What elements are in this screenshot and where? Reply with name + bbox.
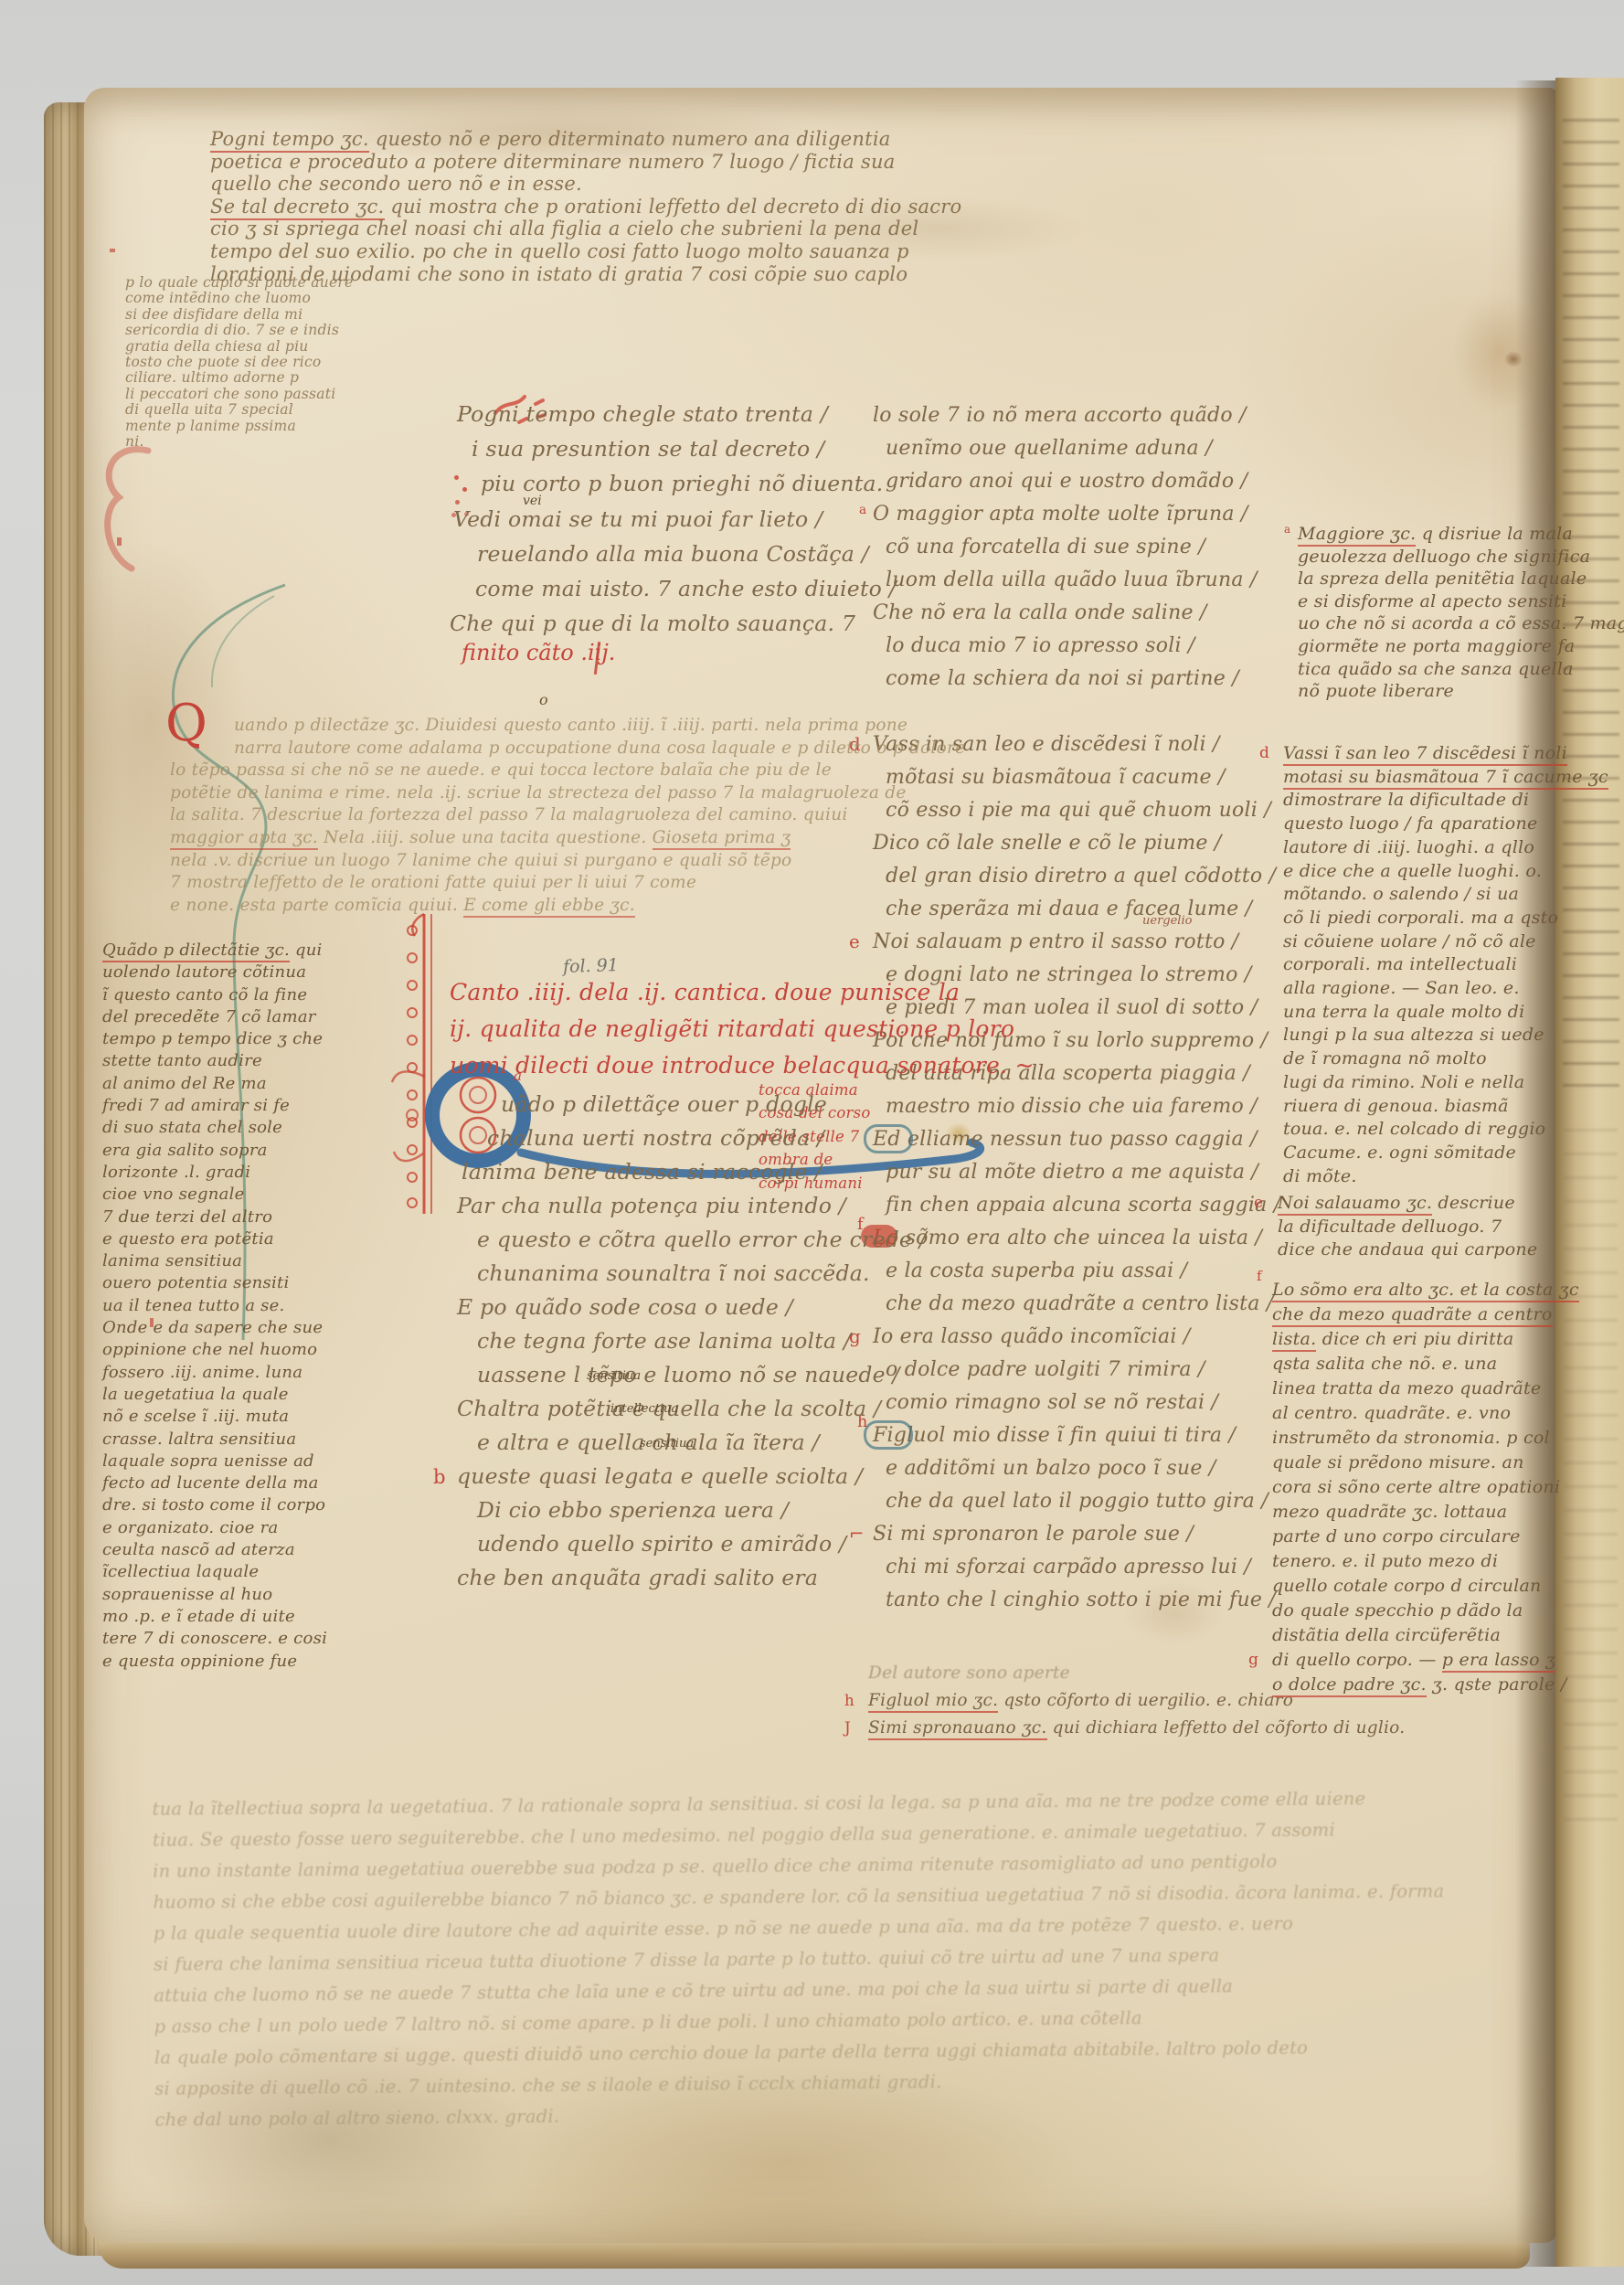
manuscript-text-line: Io era lasso quãdo incomĩciai /g (873, 1321, 1280, 1354)
manuscript-text-line: quale si prẽdono misure. an (1272, 1451, 1579, 1475)
manuscript-text-line: mente p lanime pssima (125, 419, 353, 434)
manuscript-text-line: e additõmi un balzo poco ĩ sue / (886, 1452, 1280, 1485)
manuscript-text-line: che tegna forte ase lanima uolta / (477, 1324, 927, 1358)
manuscript-text-line: di quella uita 7 special (125, 402, 353, 418)
manuscript-text-line: Che nõ era la calla onde saline / (873, 597, 1280, 630)
manuscript-text-line: udendo quello spirito e amirãdo / (477, 1527, 927, 1561)
manuscript-text-line: ij. qualita de negligẽti ritardati quest… (450, 1011, 1035, 1047)
manuscript-text-line: stette tanto audire (102, 1050, 327, 1072)
manuscript-text-line: ceulta nascõ ad aterza (102, 1539, 327, 1561)
manuscript-text-line: lautore di .iiij. luoghi. a qllo (1283, 836, 1608, 860)
manuscript-text-line: narra lautore come adalama p occupatione… (234, 738, 828, 760)
manuscript-text-line: si dee disfidare della mi (125, 307, 353, 323)
poem-column-1-canto4-start: uãdo p dilettãçe ouer p doglechaluna uer… (457, 1088, 927, 1595)
manuscript-text-line: Vedi omai se tu mi puoi far lieto / (453, 502, 897, 537)
manuscript-text-line: dice che andaua qui carpone (1278, 1238, 1537, 1262)
manuscript-text-line: gridaro anoi qui e uostro domãdo / (886, 465, 1280, 498)
manuscript-text-line: Noi salauam p entro il sasso rotto /e (873, 926, 1280, 959)
manuscript-text-line: che da mezo quadrãte a centro lista / (886, 1288, 1280, 1321)
rubric-canto-4: Canto .iiij. dela .ij. cantica. doue pun… (450, 974, 1035, 1084)
manuscript-text-line: lorizonte .l. gradi (102, 1162, 327, 1184)
manuscript-text-line: tempo del suo exilio. po che in quello c… (210, 240, 1014, 263)
manuscript-text-line: qsta salita che nõ. e. una (1272, 1352, 1579, 1376)
manuscript-text-line: e questo era potẽtia (102, 1228, 327, 1250)
manuscript-text-line: e dice che a quelle luoghi. o. (1283, 860, 1608, 884)
manuscript-text-line: instrumẽto da stronomia. p col (1272, 1426, 1579, 1451)
paraph-key-mark: J (844, 1715, 851, 1742)
manuscript-text-line: mezo quadrãte ʒc. lottaua (1272, 1500, 1579, 1525)
manuscript-text-line: e la costa superba piu assai / (886, 1255, 1280, 1288)
manuscript-text-line: o dolce padre uolgiti 7 rimira / (886, 1354, 1280, 1387)
manuscript-text-line: reuelando alla mia buona Costãça / (477, 537, 897, 571)
manuscript-text-line: che da quel lato il poggio tutto gira / (886, 1485, 1280, 1518)
right-commentary-maggiore: Maggiore ʒc. q disriue la malaageuolezza… (1298, 523, 1624, 703)
manuscript-text-line: Figluol mio disse ĩ fin quiui ti tira /h (873, 1419, 1280, 1452)
manuscript-text-line: giormẽte ne porta maggiore fa (1298, 635, 1624, 658)
manuscript-text-line: do quale specchio p dãdo la (1272, 1599, 1579, 1623)
manuscript-text-line: ciliare. ultimo adorne p (125, 370, 353, 386)
manuscript-text-line: lugi da rimino. Noli e nella (1283, 1071, 1608, 1095)
manuscript-text-line: e si disforme al apecto sensiti (1298, 590, 1624, 613)
poem-column-1-canto3-end: Pogni tempo chegle stato trenta /i sua p… (457, 397, 897, 641)
red-marginal-flourish (91, 428, 163, 585)
fore-edge-mark (110, 249, 115, 252)
manuscript-text-line: e organizato. cioe ra (102, 1517, 327, 1539)
manuscript-text-line: Di cio ebbo sperienza uera / (477, 1493, 927, 1527)
manuscript-text-line: mõtando. o salendo / si ua (1283, 883, 1608, 907)
manuscript-text-line: Pogni tempo ʒc. questo nõ e pero ditermi… (210, 128, 1014, 151)
manuscript-text-line: distãtia della circüferẽtia (1272, 1623, 1579, 1648)
left-margin-gloss-upper: p lo quale caplo si puote auerecome intẽ… (125, 275, 353, 450)
manuscript-text-line: la dificultade delluogo. 7 (1278, 1216, 1537, 1239)
bottom-commentary-block: tua la ĩtellectiua sopra la uegetatiua. … (152, 1781, 1555, 2135)
manuscript-text-line: toua. e. nel colcado di reggio (1283, 1118, 1608, 1142)
manuscript-text-line: Par cha nulla potença piu intendo / (457, 1189, 927, 1223)
manuscript-text-line: parte d uno corpo circulare (1272, 1525, 1579, 1549)
manuscript-text-line: oppinione che nel huomo (102, 1339, 327, 1361)
manuscript-text-line: O maggior apta molte uolte ĩpruna /a (873, 498, 1280, 531)
manuscript-text-line: tica quãdo sa che sanza quella (1298, 658, 1624, 681)
mid-commentary-block: uando p dilectãze ʒc. Diuidesi questo ca… (170, 715, 828, 917)
top-commentary-block: Pogni tempo ʒc. questo nõ e pero ditermi… (210, 128, 1014, 285)
manuscript-text-line: pur su al mõte dietro a me aquista / (886, 1156, 1280, 1189)
paraph-key-mark: a (859, 494, 866, 526)
manuscript-text-line: geuolezza delluogo che significa (1298, 546, 1624, 569)
manuscript-text-line: tanto che l cinghio sotto i pie mi fue / (886, 1584, 1280, 1617)
manuscript-text-line: cora si sõno certe altre opationi (1272, 1475, 1579, 1500)
manuscript-text-line: come mai uisto. 7 anche esto diuieto / (475, 571, 897, 606)
manuscript-text-line: del gran disio diretro a quel cõdotto / (886, 860, 1280, 893)
manuscript-text-line: motasi su biasmãtoua 7 ĩ cacume ʒc (1283, 766, 1608, 790)
manuscript-text-line: la uegetatiua la quale (102, 1384, 327, 1406)
manuscript-text-line: alla ragione. — San leo. e. (1283, 977, 1608, 1001)
manuscript-text-line: comio rimagno sol se nõ restai / (886, 1387, 1280, 1419)
manuscript-text-line: Lo sõmo era alto che uincea la uista /f (873, 1222, 1280, 1255)
manuscript-text-line: potẽtie de lanima e rime. nela .ij. scri… (170, 782, 828, 805)
manuscript-text-line: fredi 7 ad amirar si fe (102, 1095, 327, 1117)
explicit-canto-3: finito cãto .iij. (462, 640, 615, 665)
manuscript-text-line: uolendo lautore cõtinua (102, 962, 327, 983)
manuscript-text-line: e questo e cõtra quello error che crede … (477, 1223, 927, 1257)
manuscript-text-line: Pogni tempo chegle stato trenta / (457, 397, 897, 431)
manuscript-text-line: si cõuiene uolare / nõ cõ ale (1283, 930, 1608, 954)
interlinear-note: vei (523, 494, 542, 508)
manuscript-text-line: Se tal decreto ʒc. qui mostra che p orat… (210, 196, 1014, 218)
manuscript-text-line: piu corto p buon prieghi nõ diuenta. (481, 466, 897, 501)
paraph-key-mark: e (849, 926, 860, 959)
manuscript-text-line: cõ una forcatella di sue spine / (886, 531, 1280, 564)
manuscript-text-line: che da mezo quadrãte a centro (1272, 1302, 1579, 1327)
manuscript-text-line: e none. esta parte comĩcia quiui. E come… (170, 895, 828, 918)
manuscript-text-line: Cacume. e. ogni sõmitade (1283, 1142, 1608, 1165)
manuscript-text-line: 7 due terzi del altro (102, 1206, 327, 1228)
manuscript-text-line: tempo p tempo dice ʒ che (102, 1028, 327, 1050)
manuscript-text-line: tosto che puote si dee rico (125, 355, 353, 370)
manuscript-text-line: chi mi sforzai carpãdo apresso lui / (886, 1551, 1280, 1584)
manuscript-text-line: come la schiera da noi si partine / (886, 663, 1280, 696)
paraph-key-mark: e (1254, 1192, 1263, 1216)
right-commentary-noi-salauamo: Noi salauamo ʒc. descriueela dificultade… (1278, 1192, 1537, 1262)
manuscript-text-line: uassene l tẽpo e luomo nõ se nauede / (477, 1358, 927, 1392)
manuscript-text-line: e altra e quella ch ala ĩa ĩtera / (477, 1426, 927, 1460)
manuscript-text-line: Quãdo p dilectãtie ʒc. qui (102, 940, 327, 962)
manuscript-text-line: Onde e da sapere che sue (102, 1317, 327, 1339)
interlinear-note-uergelio: uergelio (1142, 914, 1192, 928)
manuscript-text-line: laquale sopra uenisse ad (102, 1451, 327, 1472)
manuscript-text-line: ĩ questo canto cõ la fine (102, 984, 327, 1006)
manuscript-text-line: uenĩmo oue quellanime aduna / (886, 432, 1280, 465)
interlinear-letter-o: o (539, 691, 548, 708)
manuscript-text-line: o dolce padre ʒc. ʒ. qste parole / (1272, 1673, 1579, 1697)
manuscript-text-line: li peccatori che sono passati (125, 387, 353, 402)
manuscript-text-line: uo che nõ si acorda a cõ essa. 7 mag (1298, 612, 1624, 635)
manuscript-text-line: una terra la quale molto di (1283, 1001, 1608, 1025)
paraph-key-mark: g (1248, 1648, 1258, 1673)
paraph-key-mark: d (1259, 742, 1269, 766)
manuscript-text-line: maestro mio dissio che uia faremo / (886, 1090, 1280, 1123)
manuscript-text-line: cõ li piedi corporali. ma a qsto (1283, 907, 1608, 930)
manuscript-text-line: de ĩ romagna nõ molto (1283, 1047, 1608, 1071)
manuscript-text-line: e questa oppinione fue (102, 1651, 327, 1673)
manuscript-text-line: crasse. laltra sensitiua (102, 1429, 327, 1451)
manuscript-text-line: Canto .iiij. dela .ij. cantica. doue pun… (450, 974, 1035, 1011)
right-commentary-vassi: Vassi ĩ san leo 7 discẽdesi ĩ nolidmotas… (1283, 742, 1608, 1188)
manuscript-text-line: p lo quale caplo si puote auere (125, 275, 353, 291)
manuscript-text-line: di suo stata chel sole (102, 1117, 327, 1139)
manuscript-text-line: che ben anquãta gradi salito era (457, 1561, 927, 1595)
manuscript-text-line: Vassi ĩ san leo 7 discẽdesi ĩ nolid (1283, 742, 1608, 766)
manuscript-text-line: che sperãza mi daua e facea lume / (886, 893, 1280, 926)
manuscript-text-line: riuera di genoua. biasmã (1283, 1095, 1608, 1119)
manuscript-text-line: ni. (125, 434, 353, 450)
manuscript-text-line: poetica e proceduto a potere diterminare… (210, 151, 1014, 174)
manuscript-text-line: di mõte. (1283, 1165, 1608, 1189)
manuscript-text-line: questo luogo / fa qparatione (1283, 813, 1608, 836)
manuscript-text-line: era gia salito sopra (102, 1140, 327, 1162)
manuscript-text-line: lista. dice ch eri piu diritta (1272, 1327, 1579, 1352)
manuscript-text-line: del precedẽte 7 cõ lamar (102, 1006, 327, 1028)
manuscript-text-line: cõ esso i pie ma qui quẽ chuom uoli / (886, 794, 1280, 827)
manuscript-text-line: i sua presuntion se tal decreto / (472, 431, 897, 466)
manuscript-text-line: dre. si tosto come il corpo (102, 1494, 327, 1516)
manuscript-text-line: chaluna uerti nostra cõprẽda / (487, 1121, 927, 1155)
manuscript-text-line: Dico cõ lale snelle e cõ le piume / (873, 827, 1280, 860)
manuscript-text-line: di quello corpo. — p era lasso ʒg (1272, 1648, 1579, 1673)
manuscript-text-line: Si mi spronaron le parole sue /⌐ (873, 1518, 1280, 1551)
manuscript-text-line: come intẽdino che luomo (125, 291, 353, 306)
paraph-key-mark: f (1257, 1264, 1262, 1289)
manuscript-text-line: ouero potentia sensiti (102, 1272, 327, 1294)
manuscript-text-line: lungi p la sua altezza si uede (1283, 1024, 1608, 1047)
manuscript-text-line: lo tẽpo passa si che nõ se ne auede. e q… (170, 760, 828, 782)
manuscript-text-line: lo sole 7 io nõ mera accorto quãdo / (873, 399, 1280, 432)
manuscript-text-line: quello cotale corpo d circulan (1272, 1574, 1579, 1599)
manuscript-text-line: 7 mostra leffetto de le orationi fatte q… (170, 872, 828, 895)
manuscript-text-line: corporali. ma intellectuali (1283, 953, 1608, 977)
interlinear-note-intellectiua: intellectiua (610, 1402, 678, 1416)
left-margin-commentary-column: Quãdo p dilectãtie ʒc. quiuolendo lautor… (102, 940, 327, 1673)
manuscript-text-line: maggior apta ʒc. Nela .iiij. solue una t… (170, 827, 828, 850)
manuscript-text-line: cioe vno segnale (102, 1184, 327, 1206)
manuscript-text-line: uando p dilectãze ʒc. Diuidesi questo ca… (234, 715, 828, 738)
manuscript-text-line: fin chen appaia alcuna scorta saggia / (886, 1189, 1280, 1222)
manuscript-text-line: dimostrare la dificultade di (1283, 789, 1608, 813)
manuscript-text-line: cio ʒ si spriega chel noasi chi alla fig… (210, 218, 1014, 240)
manuscript-text-line: linea tratta da mezo quadrãte (1272, 1376, 1579, 1401)
manuscript-text-line: mõtasi su biasmãtoua ĩ cacume / (886, 761, 1280, 794)
manuscript-text-line: queste quasi legata e quelle sciolta /b (457, 1460, 927, 1493)
manuscript-text-line: al centro. quadrãte. e. vno (1272, 1401, 1579, 1426)
manuscript-text-line: nela .v. discriue un luogo 7 lanime che … (170, 850, 828, 873)
manuscript-text-line: Ed elliame nessun tuo passo caggia / (873, 1123, 1280, 1156)
manuscript-text-line: Simi spronauano ʒc. qui dichiara leffett… (868, 1715, 1405, 1742)
manuscript-text-line: ua il tenea tutto a se. (102, 1295, 327, 1317)
folio-number: fol. 91 (563, 955, 620, 977)
manuscript-text-line: mo .p. e ĩ etade di uite (102, 1606, 327, 1628)
manuscript-text-line: lanima bene adessa si raccogle / (462, 1155, 927, 1189)
interlinear-note-sensitiua-2: sensitiua (640, 1437, 694, 1451)
manuscript-text-line: sericordia di dio. 7 se e indis (125, 323, 353, 338)
manuscript-text-line: tenero. e. il puto mezo di (1272, 1549, 1579, 1574)
paraph-key-mark: b (433, 1460, 446, 1493)
manuscript-text-line: Che qui p que di la molto sauança. 7 (450, 606, 897, 641)
manuscript-text-line: nõ e scelse ĩ .iij. muta (102, 1406, 327, 1428)
manuscript-text-line: Chaltra potẽtia e quella che la scolta / (457, 1392, 927, 1426)
manuscript-text-line: uomi dilecti doue introduce belacqua son… (450, 1047, 1035, 1084)
paraph-key-mark: a (1284, 518, 1290, 541)
manuscript-text-line: E po quãdo sode cosa o uede / (457, 1291, 927, 1324)
manuscript-text-line: nõ puote liberare (1298, 680, 1624, 703)
manuscript-text-line: quello che secondo uero nõ e in esse. (210, 173, 1014, 196)
manuscript-text-line: uãdo p dilettãçe ouer p dogle (501, 1088, 927, 1121)
manuscript-photo: Pogni tempo ʒc. questo nõ e pero ditermi… (0, 0, 1624, 2285)
interlinear-note-sensitiua: sensitiua (587, 1369, 641, 1383)
manuscript-text-line: luom della uilla quãdo luua ĩbruna / (886, 564, 1280, 597)
manuscript-text-line: Noi salauamo ʒc. descriuee (1278, 1192, 1537, 1216)
right-commentary-lo-sommo: Lo sõmo era alto ʒc. et la costa ʒcfche … (1272, 1278, 1579, 1697)
manuscript-text-line: la spreza della penitẽtia laquale (1298, 568, 1624, 590)
manuscript-text-line: Maggiore ʒc. q disriue la malaa (1298, 523, 1624, 546)
manuscript-text-line: chunanima sounaltra ĩ noi saccẽda. (477, 1257, 927, 1291)
manuscript-text-line: al animo del Re ma (102, 1073, 327, 1095)
manuscript-text-line: soprauenisse al huo (102, 1584, 327, 1606)
manuscript-text-line: ĩcellectiua laquale (102, 1561, 327, 1583)
manuscript-text-line: gratia della chiesa al piu (125, 339, 353, 355)
interlinear-letter-a: a (514, 1068, 522, 1084)
manuscript-text-line: lo duca mio 7 io apresso soli / (886, 630, 1280, 663)
manuscript-text-line: fossero .iij. anime. luna (102, 1362, 327, 1384)
manuscript-text-line: fecto ad lucente della ma (102, 1472, 327, 1494)
manuscript-text-line: lanima sensitiua (102, 1250, 327, 1272)
manuscript-text-line: la salita. 7 descriue la fortezza del pa… (170, 804, 828, 827)
manuscript-text-line: tere 7 di conoscere. e cosi (102, 1628, 327, 1650)
manuscript-text-line: Lo sõmo era alto ʒc. et la costa ʒcf (1272, 1278, 1579, 1302)
paraph-key-mark: h (844, 1687, 854, 1715)
